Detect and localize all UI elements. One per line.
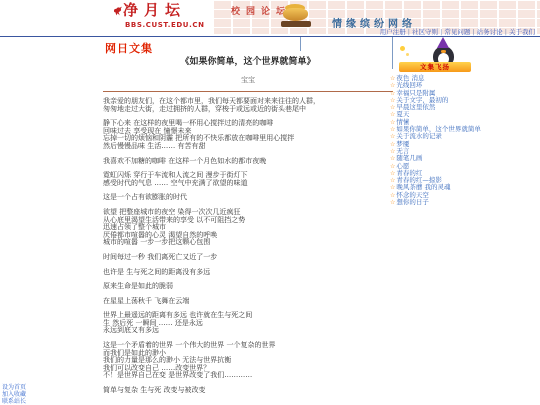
star-icon: ☆	[390, 75, 395, 82]
header-divider	[0, 36, 540, 37]
article-body: 我亲爱的朋友们，在这个都市里，我们每天都要面对来来往往的人群，匆匆地走过大街，走…	[103, 98, 393, 395]
star-icon: ☆	[390, 184, 395, 191]
gold-ingot-stand	[281, 21, 311, 27]
floating-link[interactable]: 联系站长	[2, 398, 26, 405]
sidebar-link[interactable]: 想你的日子	[396, 198, 429, 206]
star-icon: ☆	[390, 90, 395, 97]
floating-link[interactable]: 加入收藏	[2, 391, 26, 398]
paragraph: 这是一个矛盾着的世界 一个伟大的世界 一个复杂的世界而我们是如此的渺小我们的力量…	[103, 342, 393, 380]
gold-ingot-image	[280, 3, 312, 30]
paragraph: 我亲爱的朋友们，在这个都市里，我们每天都要面对来来往往的人群，匆匆地走过大街，走…	[103, 98, 393, 113]
nav-link[interactable]: 用户注册	[380, 28, 406, 36]
text-line: 永远到底又有多远	[103, 327, 393, 335]
star-icon: ☆	[390, 170, 395, 177]
sidebar-item: ☆想你的日子	[390, 199, 486, 206]
star-icon: ☆	[390, 199, 395, 206]
star-icon: ☆	[390, 133, 395, 140]
nav-link[interactable]: 社区守则	[412, 28, 438, 36]
text-line: 不！是世界自己在变 是世界改变了我们…………	[103, 372, 393, 380]
paragraph: 静下心来 在这样的夜里喝一杯用心搅拌过的清亮的咖啡回味过去 享受现在 憧憬未来忘…	[103, 120, 393, 150]
site-domain: BBS.CUST.EDU.CN	[125, 21, 205, 29]
text-line: 简单与复杂 生与死 改变与被改变	[103, 387, 393, 395]
star-icon: ☆	[390, 148, 395, 155]
paragraph: 我喜欢不加糖的咖啡 在这样一个月色如水的都市夜晚	[103, 158, 393, 166]
paragraph: 这是一个占有欲膨胀的时代	[103, 194, 393, 202]
text-line: 匆匆地走过大街，走过拥挤的人群，穿梭于或远或近的街头巷尾中	[103, 106, 393, 114]
floating-link[interactable]: 设为首页	[2, 384, 26, 391]
site-name: 净月坛	[123, 2, 186, 18]
text-line: 原来生命是如此的脆弱	[103, 283, 393, 291]
paragraph: 在星星上荡秋千 飞舞在云端	[103, 298, 393, 306]
text-line: 时间每过一秒 我们离死亡又近了一步	[103, 254, 393, 262]
star-icon: ☆	[390, 97, 395, 104]
floating-links: 设为首页加入收藏联系站长	[2, 384, 26, 405]
party-hat-icon	[437, 37, 449, 48]
text-line: 然后慢慢品味 生活…… 有苦有甜	[103, 143, 393, 151]
star-icon: ☆	[390, 82, 395, 89]
top-nav: 用户注册 | 社区守则 | 常见问题 | 站务讨论 | 关于我们	[380, 27, 535, 36]
nav-link[interactable]: 常见问题	[444, 28, 470, 36]
article: 《如果你简单，这个世界就简单》 宝宝 我亲爱的朋友们，在这个都市里，我们每天都要…	[103, 54, 393, 402]
article-title: 《如果你简单，这个世界就简单》	[103, 54, 393, 67]
author-divider	[103, 91, 393, 92]
sun-dot-icon	[400, 46, 405, 51]
paragraph: 霓虹闪烁 穿行于车流和人流之间 漫步于街灯下感受时代的气息 …… 空气中充满了欲…	[103, 172, 393, 187]
paragraph: 原来生命是如此的脆弱	[103, 283, 393, 291]
gold-ingot-body	[283, 8, 308, 21]
sun-dot-small-icon	[406, 53, 409, 56]
star-icon: ☆	[390, 192, 395, 199]
paragraph: 世界上最遥远的距离有多远 也许就在生与死之间生 然后死 一瞬间 …… 还是永远永…	[103, 312, 393, 335]
article-author: 宝宝	[103, 75, 393, 85]
star-icon: ☆	[390, 141, 395, 148]
paragraph: 简单与复杂 生与死 改变与被改变	[103, 387, 393, 395]
paragraph: 也许是 生与死之间的距离没有多远	[103, 269, 393, 277]
star-icon: ☆	[390, 119, 395, 126]
text-line: 我喜欢不加糖的咖啡 在这样一个月色如水的都市夜晚	[103, 158, 393, 166]
text-line: 也许是 生与死之间的距离没有多远	[103, 269, 393, 277]
text-line: 这是一个占有欲膨胀的时代	[103, 194, 393, 202]
star-icon: ☆	[390, 111, 395, 118]
bird-icon	[112, 2, 123, 21]
penguin-beak	[441, 50, 446, 53]
paragraph: 时间每过一秒 我们离死亡又近了一步	[103, 254, 393, 262]
sidebar-list: ☆夜色 消息☆光线回环☆幸福只是附属☆关于文字，最初的☆早晨这里依然☆夏天☆情愫…	[390, 75, 486, 206]
paragraph: 欲望 把整座城市的夜空 染得一次次几近疯狂从心底里渴望生活带来的享受 以不可阻挡…	[103, 209, 393, 247]
nav-link[interactable]: 站务讨论	[477, 28, 503, 36]
star-icon: ☆	[390, 163, 395, 170]
site-logo[interactable]: 净月坛 BBS.CUST.EDU.CN	[112, 2, 205, 29]
collection-banner[interactable]: 文集飞扬	[399, 62, 471, 72]
vertical-divider-left	[300, 37, 301, 51]
nav-link[interactable]: 关于我们	[509, 28, 535, 36]
text-line: 城市的喧嚣 一步一步把这颗心包围	[103, 239, 393, 247]
text-line: 在星星上荡秋千 飞舞在云端	[103, 298, 393, 306]
star-icon: ☆	[390, 155, 395, 162]
page: 净月坛 BBS.CUST.EDU.CN 校园论坛 情缘缤纷网络 用户注册 | 社…	[0, 0, 540, 405]
text-line: 感受时代的气息 …… 空气中充满了欲望的味道	[103, 180, 393, 188]
